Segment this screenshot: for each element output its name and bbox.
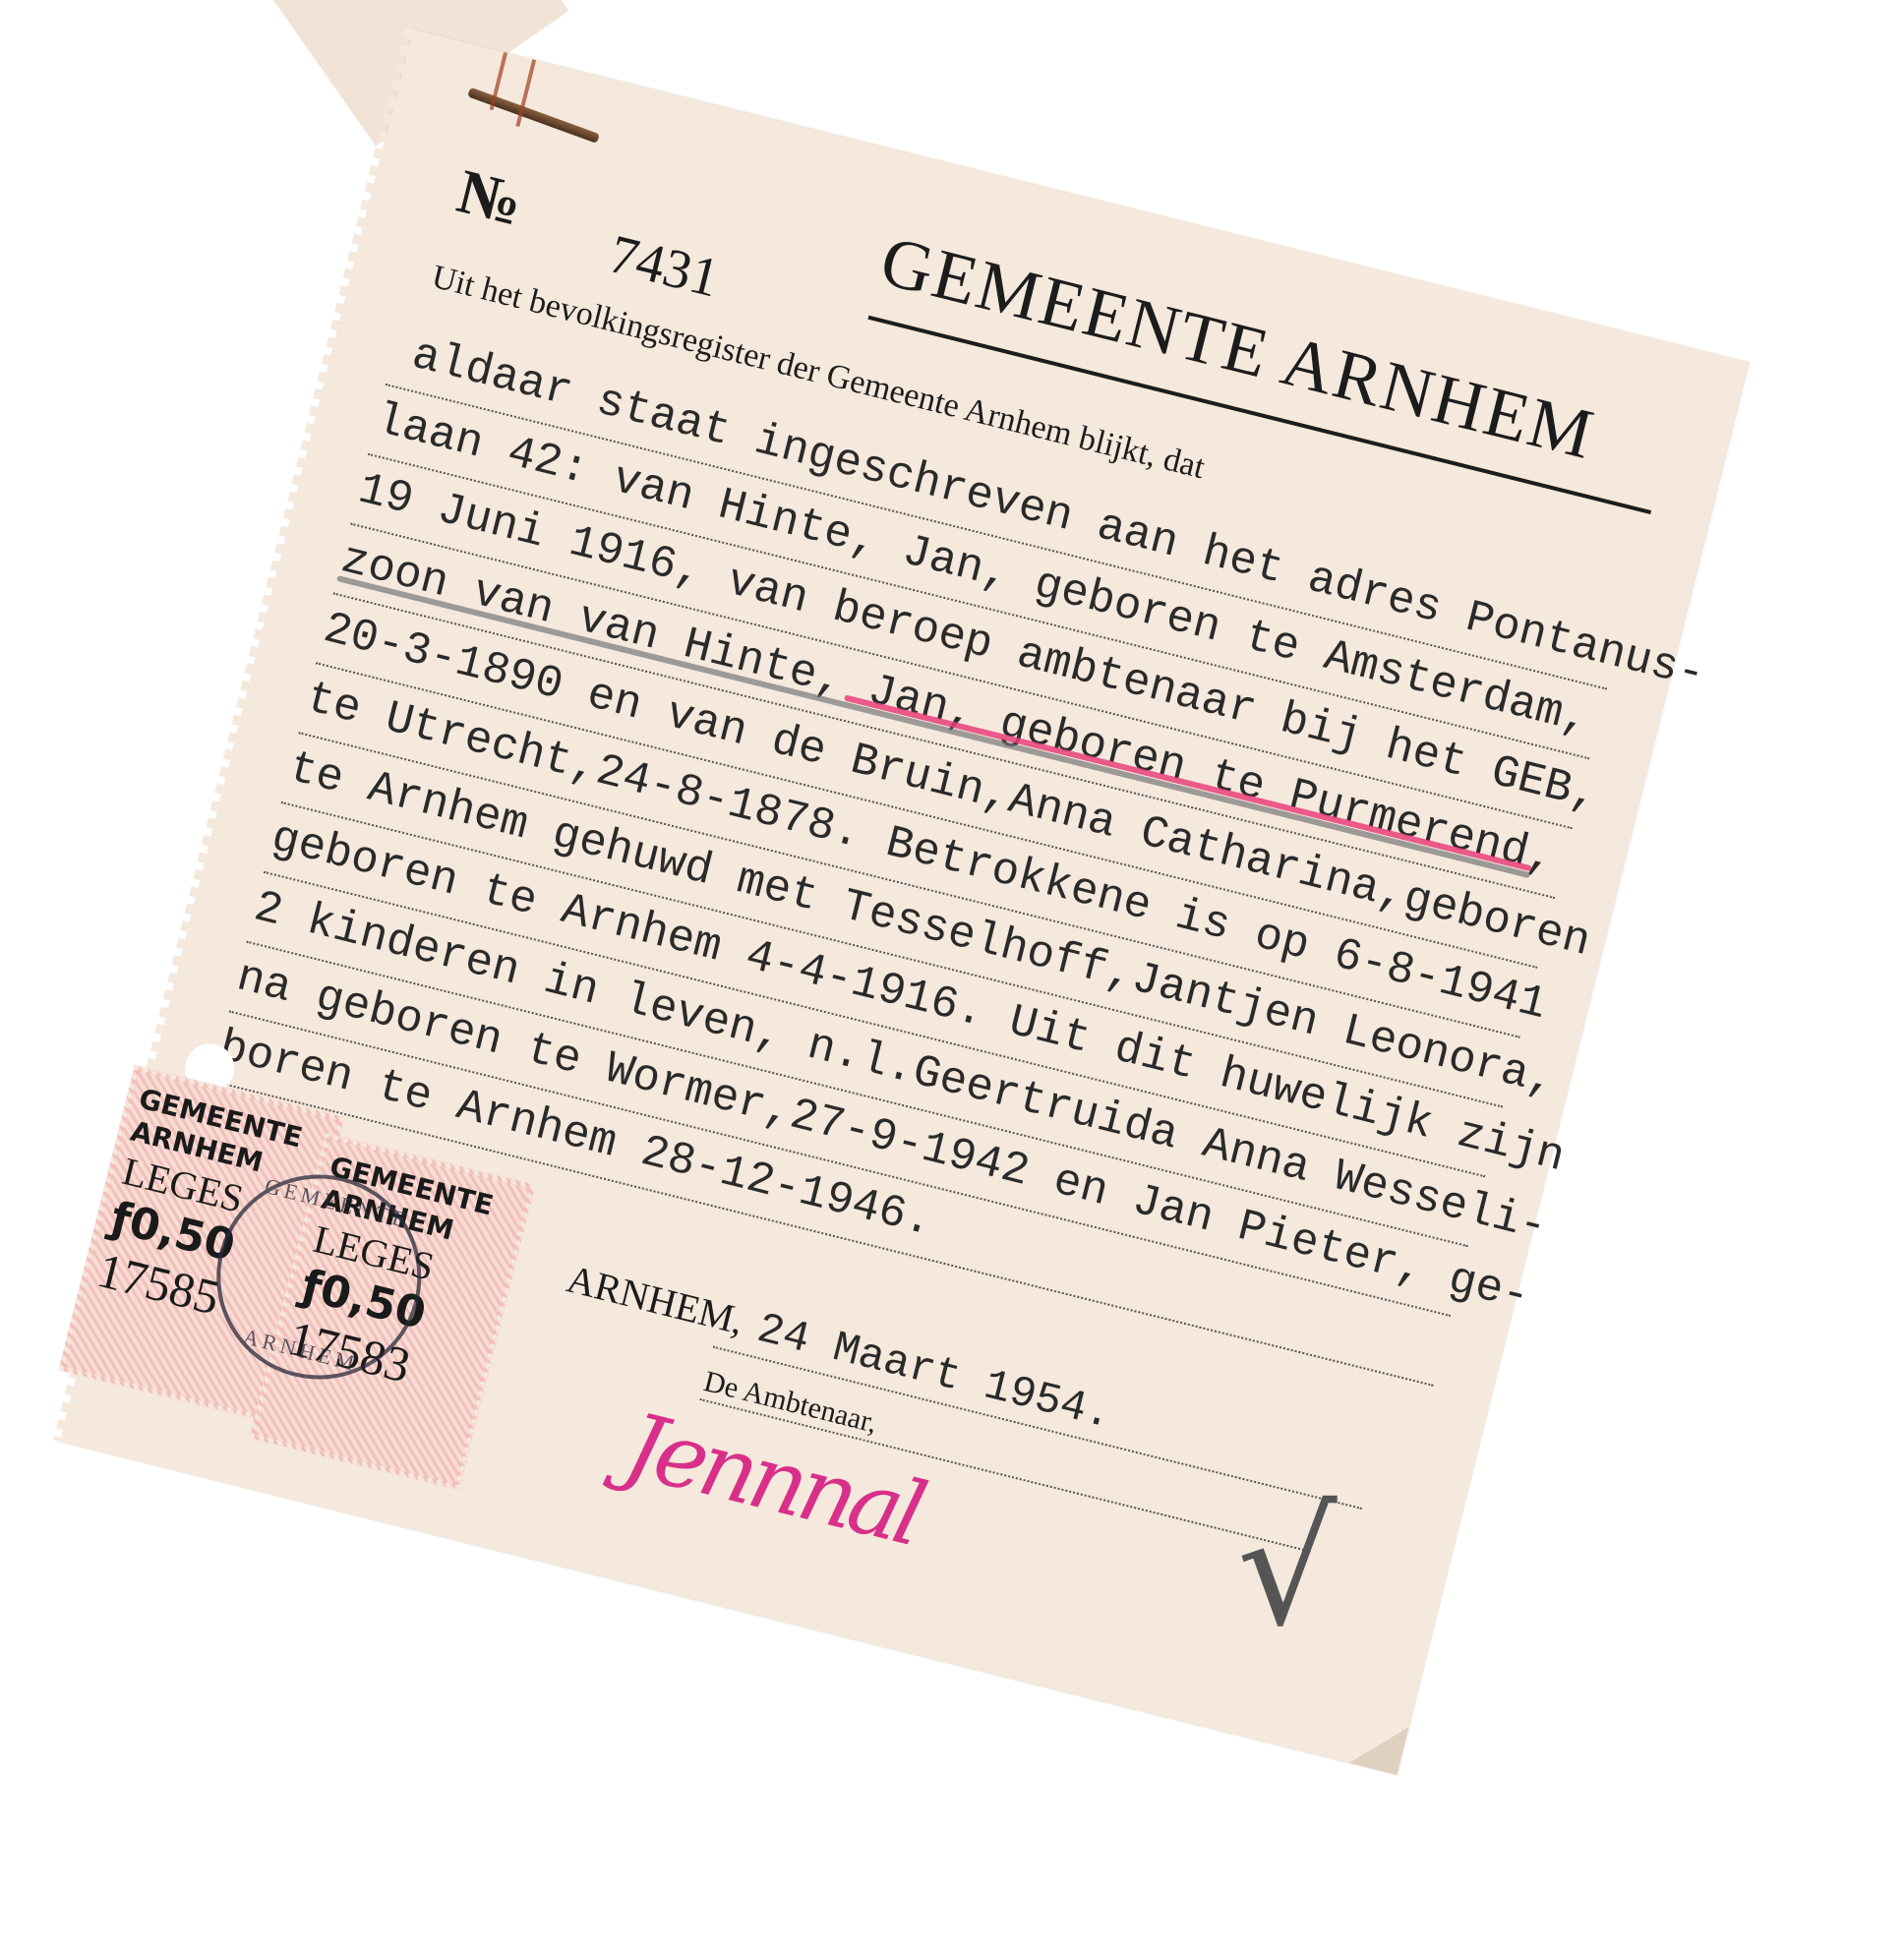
- staple-icon: [467, 88, 600, 144]
- certificate-paper: № 7431 GEMEENTE ARNHEM Uit het bevolking…: [61, 30, 1749, 1775]
- document-number: 7431: [603, 222, 725, 310]
- document-title: GEMEENTE ARNHEM: [873, 220, 1603, 477]
- checkmark-icon: √: [1237, 1476, 1338, 1660]
- folded-corner: [1349, 1715, 1409, 1775]
- number-label: №: [450, 154, 529, 240]
